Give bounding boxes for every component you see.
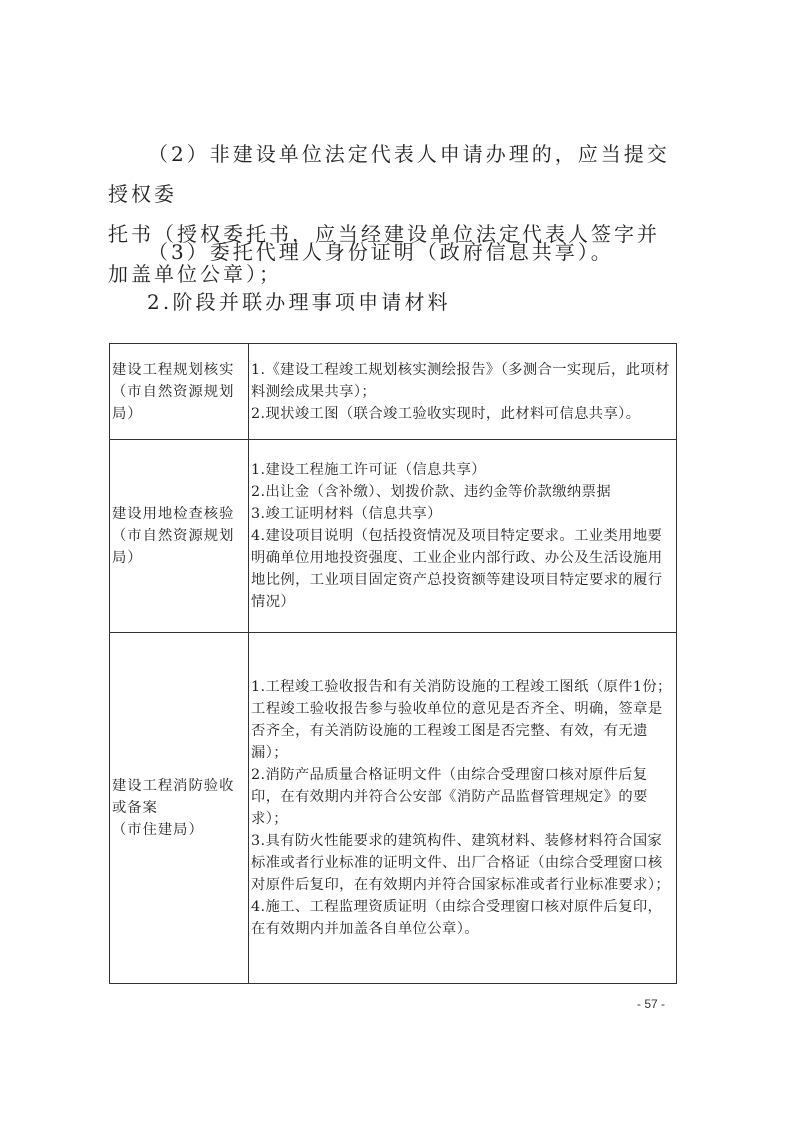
paragraph-item-2-line1: （2）非建设单位法定代表人申请办理的，应当提交授权委 xyxy=(108,134,678,214)
material-item: 4.建设项目说明（包括投资情况及项目特定要求。工业类用地要明确单位用地投资强度、… xyxy=(251,525,674,613)
paragraph-item-3: （3）委托代理人身份证明（政府信息共享）。 xyxy=(108,232,678,272)
material-item: 3.具有防火性能要求的建筑构件、建筑材料、装修材料符合国家标准或者行业标准的证明… xyxy=(251,830,674,896)
material-item: 1.工程竣工验收报告和有关消防设施的工程竣工图纸（原件1份；工程竣工验收报告参与… xyxy=(251,676,674,764)
item-name: 建设工程规划核实（市自然资源规划局） xyxy=(110,344,249,440)
item-name-line1: 建设工程消防验收或备案 xyxy=(112,775,246,819)
material-item: 3.竣工证明材料（信息共享） xyxy=(251,503,674,525)
material-item: 1.建设工程施工许可证（信息共享） xyxy=(251,459,674,481)
page-number: - 57 - xyxy=(637,997,665,1011)
table-row: 建设工程消防验收或备案 （市住建局） 1.工程竣工验收报告和有关消防设施的工程竣… xyxy=(110,633,677,984)
material-item: 1.《建设工程竣工规划核实测绘报告》（多测合一实现后，此项材料测绘成果共享）； xyxy=(251,359,674,403)
material-item: 2.出让金（含补缴）、划拨价款、违约金等价款缴纳票据 xyxy=(251,481,674,503)
material-item: 2.现状竣工图（联合竣工验收实现时，此材料可信息共享）。 xyxy=(251,403,674,425)
material-item: 4.施工、工程监理资质证明（由综合受理窗口核对原件后复印，在有效期内并加盖各自单… xyxy=(251,896,674,940)
item-name-line2: （市住建局） xyxy=(112,819,246,841)
item-name: 建设工程消防验收或备案 （市住建局） xyxy=(110,633,249,984)
table-row: 建设工程规划核实（市自然资源规划局） 1.《建设工程竣工规划核实测绘报告》（多测… xyxy=(110,344,677,440)
item-materials: 1.《建设工程竣工规划核实测绘报告》（多测合一实现后，此项材料测绘成果共享）； … xyxy=(249,344,677,440)
item-materials: 1.工程竣工验收报告和有关消防设施的工程竣工图纸（原件1份；工程竣工验收报告参与… xyxy=(249,633,677,984)
section-heading: 2.阶段并联办理事项申请材料 xyxy=(147,286,451,315)
item-materials: 1.建设工程施工许可证（信息共享） 2.出让金（含补缴）、划拨价款、违约金等价款… xyxy=(249,440,677,633)
material-item: 2.消防产品质量合格证明文件（由综合受理窗口核对原件后复印，在有效期内并符合公安… xyxy=(251,764,674,830)
materials-table: 建设工程规划核实（市自然资源规划局） 1.《建设工程竣工规划核实测绘报告》（多测… xyxy=(109,343,677,984)
item-name: 建设用地检查核验（市自然资源规划局） xyxy=(110,440,249,633)
table-row: 建设用地检查核验（市自然资源规划局） 1.建设工程施工许可证（信息共享） 2.出… xyxy=(110,440,677,633)
